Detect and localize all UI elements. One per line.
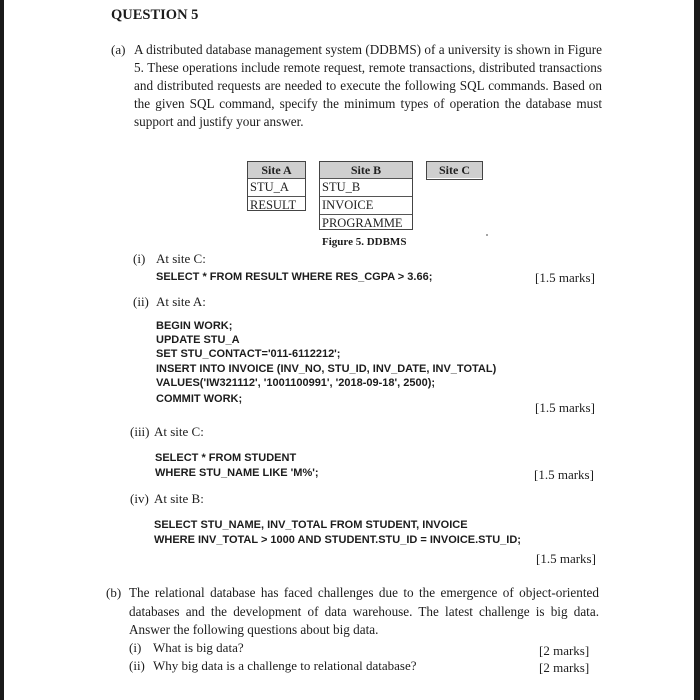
item-iv-marks: [1.5 marks] — [536, 551, 596, 567]
item-ii-site: At site A: — [156, 294, 206, 310]
item-iv-site: At site B: — [154, 491, 204, 507]
question-title: QUESTION 5 — [111, 7, 198, 24]
item-ii-marks: [1.5 marks] — [535, 400, 595, 416]
part-b-item-ii-marks: [2 marks] — [539, 660, 589, 676]
item-iii-number: (iii) — [130, 424, 150, 440]
item-ii-sql-line: INSERT INTO INVOICE (INV_NO, STU_ID, INV… — [156, 362, 496, 377]
item-i-number: (i) — [133, 251, 145, 267]
site-b-box: Site B STU_B INVOICE PROGRAMME — [319, 161, 413, 230]
item-iv-sql-line: WHERE INV_TOTAL > 1000 AND STUDENT.STU_I… — [154, 533, 521, 548]
site-b-header: Site B — [320, 162, 412, 178]
item-i-sql-line: SELECT * FROM RESULT WHERE RES_CGPA > 3.… — [156, 270, 432, 285]
item-ii-sql-line: COMMIT WORK; — [156, 392, 242, 407]
item-iii-sql-line: SELECT * FROM STUDENT — [155, 451, 296, 466]
site-a-box: Site A STU_A RESULT — [247, 161, 306, 211]
part-a-label: (a) — [111, 42, 125, 58]
part-b-item-ii-number: (ii) — [129, 658, 145, 674]
site-a-table: RESULT — [248, 196, 305, 214]
item-iii-site: At site C: — [154, 424, 204, 440]
part-b-text: The relational database has faced challe… — [129, 584, 599, 640]
item-i-marks: [1.5 marks] — [535, 270, 595, 286]
item-ii-number: (ii) — [133, 294, 149, 310]
part-a-text: A distributed database management system… — [134, 41, 602, 131]
right-edge-border — [694, 0, 700, 700]
item-ii-sql-line: SET STU_CONTACT='011-6112212'; — [156, 347, 340, 362]
figure-caption: Figure 5. DDBMS — [322, 236, 406, 248]
part-b-item-i-marks: [2 marks] — [539, 643, 589, 659]
site-b-table: STU_B — [320, 178, 412, 196]
part-b-item-ii-text: Why big data is a challenge to relationa… — [153, 658, 417, 674]
site-a-table: STU_A — [248, 178, 305, 196]
left-edge-border — [0, 0, 4, 700]
site-b-table: PROGRAMME — [320, 214, 412, 232]
item-ii-sql-line: UPDATE STU_A — [156, 333, 240, 348]
part-b-item-i-text: What is big data? — [153, 640, 244, 656]
item-ii-sql-line: VALUES('IW321112', '1001100991', '2018-0… — [156, 376, 435, 391]
item-iv-number: (iv) — [130, 491, 149, 507]
item-iv-sql-line: SELECT STU_NAME, INV_TOTAL FROM STUDENT,… — [154, 518, 468, 533]
site-b-table: INVOICE — [320, 196, 412, 214]
item-iii-sql-line: WHERE STU_NAME LIKE 'M%'; — [155, 466, 319, 481]
part-b-label: (b) — [106, 585, 121, 601]
speck — [486, 234, 488, 236]
item-ii-sql-line: BEGIN WORK; — [156, 319, 232, 334]
site-c-box: Site C — [426, 161, 483, 180]
site-a-header: Site A — [248, 162, 305, 178]
item-iii-marks: [1.5 marks] — [534, 467, 594, 483]
site-c-header: Site C — [427, 162, 482, 178]
item-i-site: At site C: — [156, 251, 206, 267]
part-b-item-i-number: (i) — [129, 640, 141, 656]
